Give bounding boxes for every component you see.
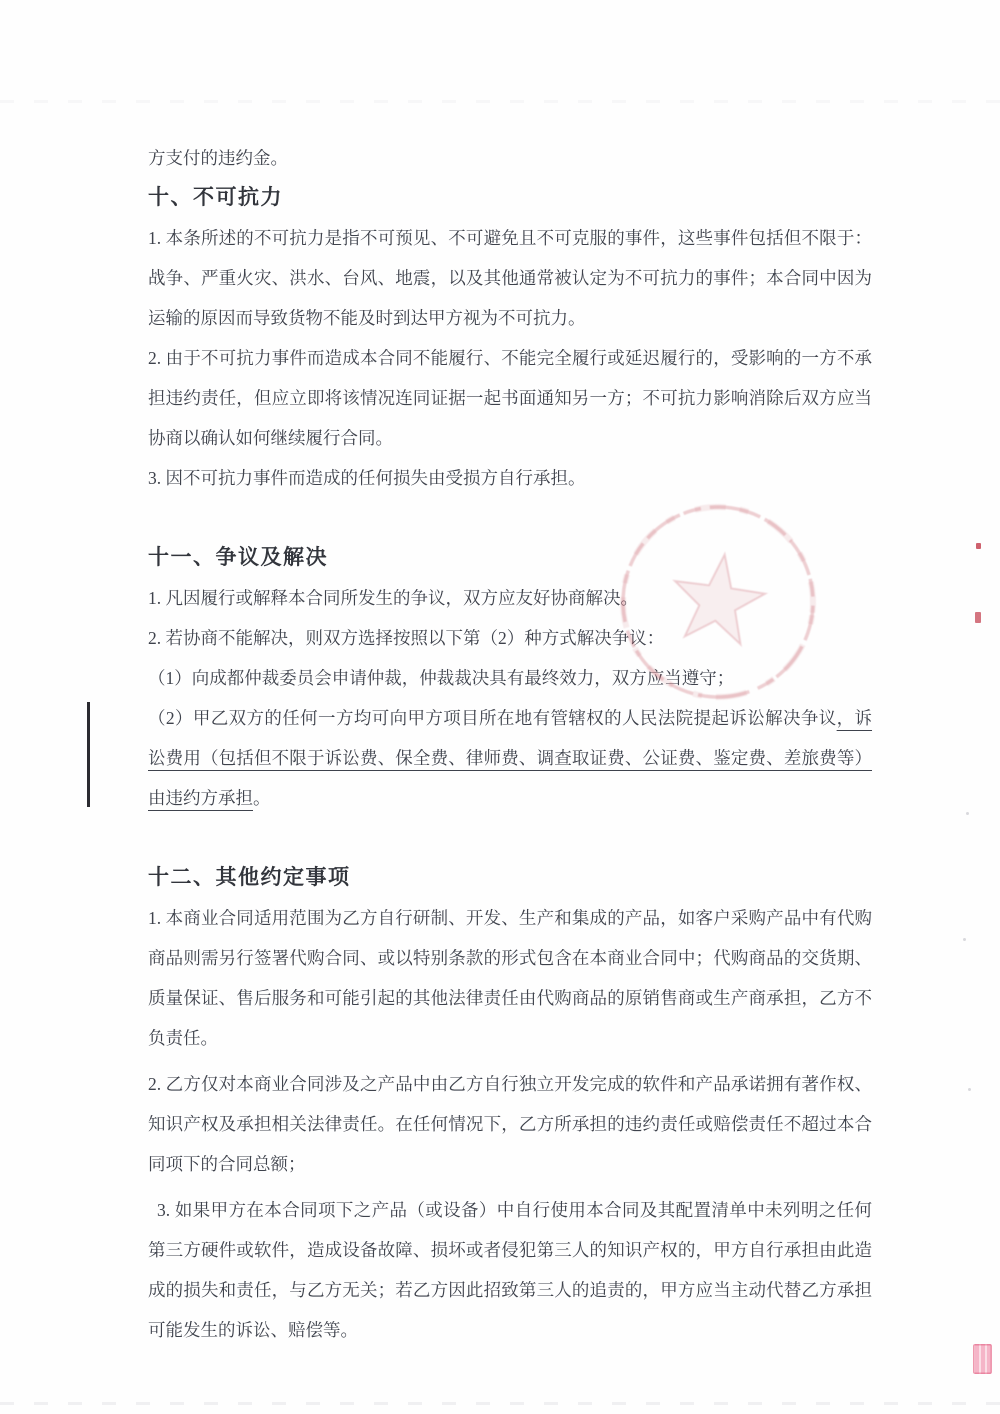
clause-11-2-option-1: （1）向成都仲裁委员会申请仲裁，仲裁裁决具有最终效力，双方应当遵守； — [148, 658, 872, 698]
margin-revision-bar — [87, 702, 90, 807]
red-ink-fleck — [975, 612, 981, 623]
clause-11-2-option-2: （2）甲乙双方的任何一方均可向甲方项目所在地有管辖权的人民法院提起诉讼解决争议，… — [148, 698, 872, 818]
scan-speck — [966, 812, 969, 815]
clause-12-2: 2. 乙方仅对本商业合同涉及之产品中由乙方自行独立开发完成的软件和产品承诺拥有著… — [148, 1064, 872, 1184]
scan-speck — [968, 1088, 971, 1091]
clause-10-1: 1. 本条所述的不可抗力是指不可预见、不可避免且不可克服的事件，这些事件包括但不… — [148, 218, 872, 338]
contract-body: 方支付的违约金。 十、不可抗力 1. 本条所述的不可抗力是指不可预见、不可避免且… — [148, 138, 872, 1350]
carryover-line: 方支付的违约金。 — [148, 138, 872, 178]
scan-noise-strip — [0, 1402, 1000, 1405]
litigation-clause-suffix: 。 — [253, 788, 271, 808]
clause-11-2: 2. 若协商不能解决，则双方选择按照以下第（2）种方式解决争议： — [148, 618, 872, 658]
clause-12-1: 1. 本商业合同适用范围为乙方自行研制、开发、生产和集成的产品，如客户采购产品中… — [148, 898, 872, 1058]
clause-10-3: 3. 因不可抗力事件而造成的任何损失由受损方自行承担。 — [148, 458, 872, 498]
section-12-heading: 十二、其他约定事项 — [148, 858, 872, 898]
litigation-clause-prefix: （2）甲乙双方的任何一方均可向甲方项目所在地有管辖权的人民法院提起诉讼解决争议 — [148, 708, 837, 728]
scan-speck — [963, 938, 966, 941]
clause-10-2: 2. 由于不可抗力事件而造成本合同不能履行、不能完全履行或延迟履行的，受影响的一… — [148, 338, 872, 458]
scan-noise-strip — [0, 100, 1000, 103]
contract-page: 方支付的违约金。 十、不可抗力 1. 本条所述的不可抗力是指不可预见、不可避免且… — [0, 0, 1000, 1414]
clause-11-1: 1. 凡因履行或解释本合同所发生的争议，双方应友好协商解决。 — [148, 578, 872, 618]
red-ink-fleck — [976, 543, 981, 549]
corner-seal-stamp — [973, 1344, 992, 1374]
clause-12-3: 3. 如果甲方在本合同项下之产品（或设备）中自行使用本合同及其配置清单中未列明之… — [148, 1190, 872, 1350]
section-10-heading: 十、不可抗力 — [148, 178, 872, 218]
section-11-heading: 十一、争议及解决 — [148, 538, 872, 578]
